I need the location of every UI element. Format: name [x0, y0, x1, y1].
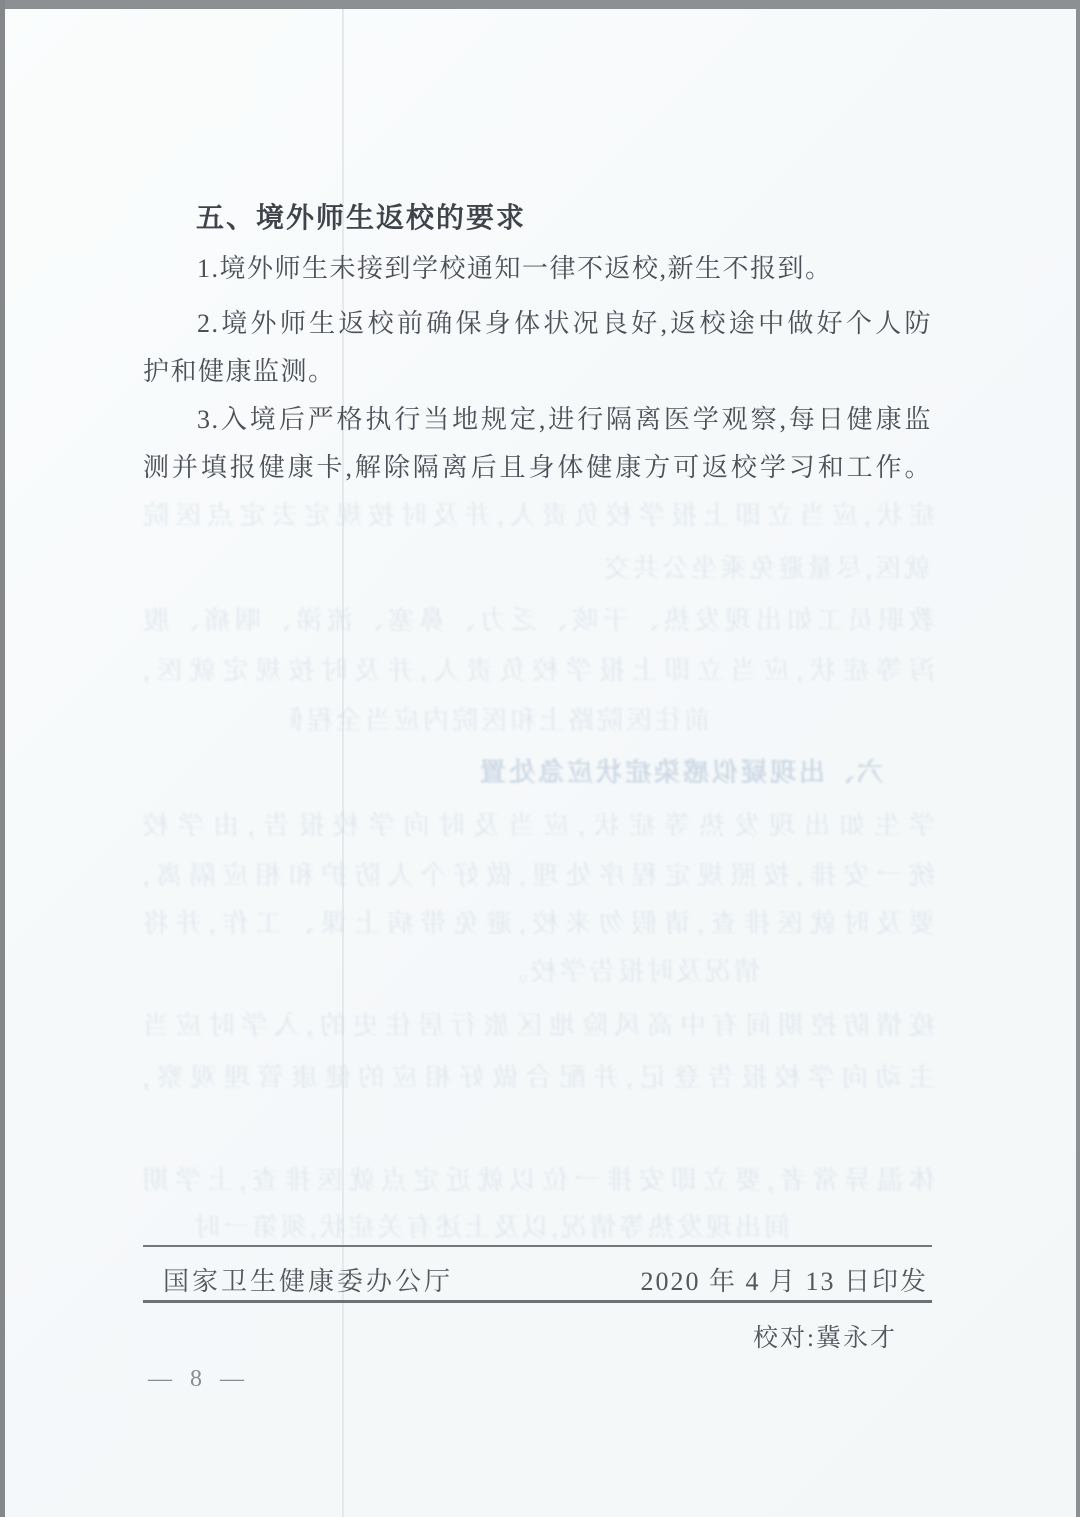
bleed-through-line: 疫情防控期间有中高风险地区旅行居住史的,入学时应当	[140, 1010, 935, 1042]
bleed-through-line: 症状,应当立即上报学校负责人,并及时按规定去定点医院	[140, 500, 935, 532]
bleed-through-line: 就医,尽量避免乘坐公共交通	[600, 553, 930, 585]
body-line: 测并填报健康卡,解除隔离后且身体健康方可返校学习和工作。	[143, 451, 932, 485]
scan-edge-top	[0, 0, 1080, 9]
footer-rule-bottom	[143, 1300, 932, 1303]
scanned-document-page: { "colors":{ "page_background":"#f6f9fa"…	[0, 0, 1080, 1517]
footer-row: 国家卫生健康委办公厅 2020 年 4 月 13 日印发	[143, 1261, 932, 1295]
section-heading: 五、境外师生返校的要求	[196, 196, 526, 236]
scan-edge-left	[0, 0, 5, 1517]
bleed-through-line: 间出现发热等情况,以及上述有关症状,须第一时间	[190, 1212, 790, 1244]
bleed-through-line: 学生如出现发热等症状,应当及时向学校报告,由学校	[140, 810, 935, 842]
bleed-through-line: 教职员工如出现发热、干咳、乏力、鼻塞、流涕、咽痛、腹	[140, 605, 935, 637]
body-line: 护和健康监测。	[143, 355, 932, 389]
footer-rule-top	[143, 1245, 932, 1247]
issue-date: 2020 年 4 月 13 日印发	[640, 1261, 928, 1298]
bleed-through-line: 统一安排,按照规定程序处理,做好个人防护和相应隔离,	[140, 860, 935, 892]
bleed-through-line: 泻等症状,应当立即上报学校负责人,并及时按规定就医,	[140, 655, 935, 687]
bleed-through-line: 情况及时报告学校。	[500, 956, 760, 988]
bleed-through-line: 主动向学校报告登记,并配合做好相应的健康管理观察,	[140, 1062, 935, 1094]
body-line: 3.入境后严格执行当地规定,进行隔离医学观察,每日健康监	[143, 403, 932, 437]
issuing-office: 国家卫生健康委办公厅	[163, 1261, 453, 1298]
bleed-through-line: 前往医院路上和医院内应当全程佩戴口罩	[290, 705, 710, 737]
scan-edge-right	[1076, 0, 1080, 1517]
body-line: 1.境外师生未接到学校通知一律不返校,新生不报到。	[143, 252, 932, 286]
bleed-through-line: 要及时就医排查,请假勿来校,避免带病上课、工作,并将	[140, 908, 935, 940]
page-number: — 8 —	[148, 1366, 250, 1393]
proofreader-line: 校对:冀永才	[143, 1318, 897, 1354]
body-line: 2.境外师生返校前确保身体状况良好,返校途中做好个人防	[143, 307, 932, 341]
bleed-through-heading: 六、出现疑似感染症状应急处置	[480, 757, 883, 789]
bleed-through-line: 体温异常者,要立即安排一位以就近定点就医排查,上学期	[140, 1165, 935, 1197]
